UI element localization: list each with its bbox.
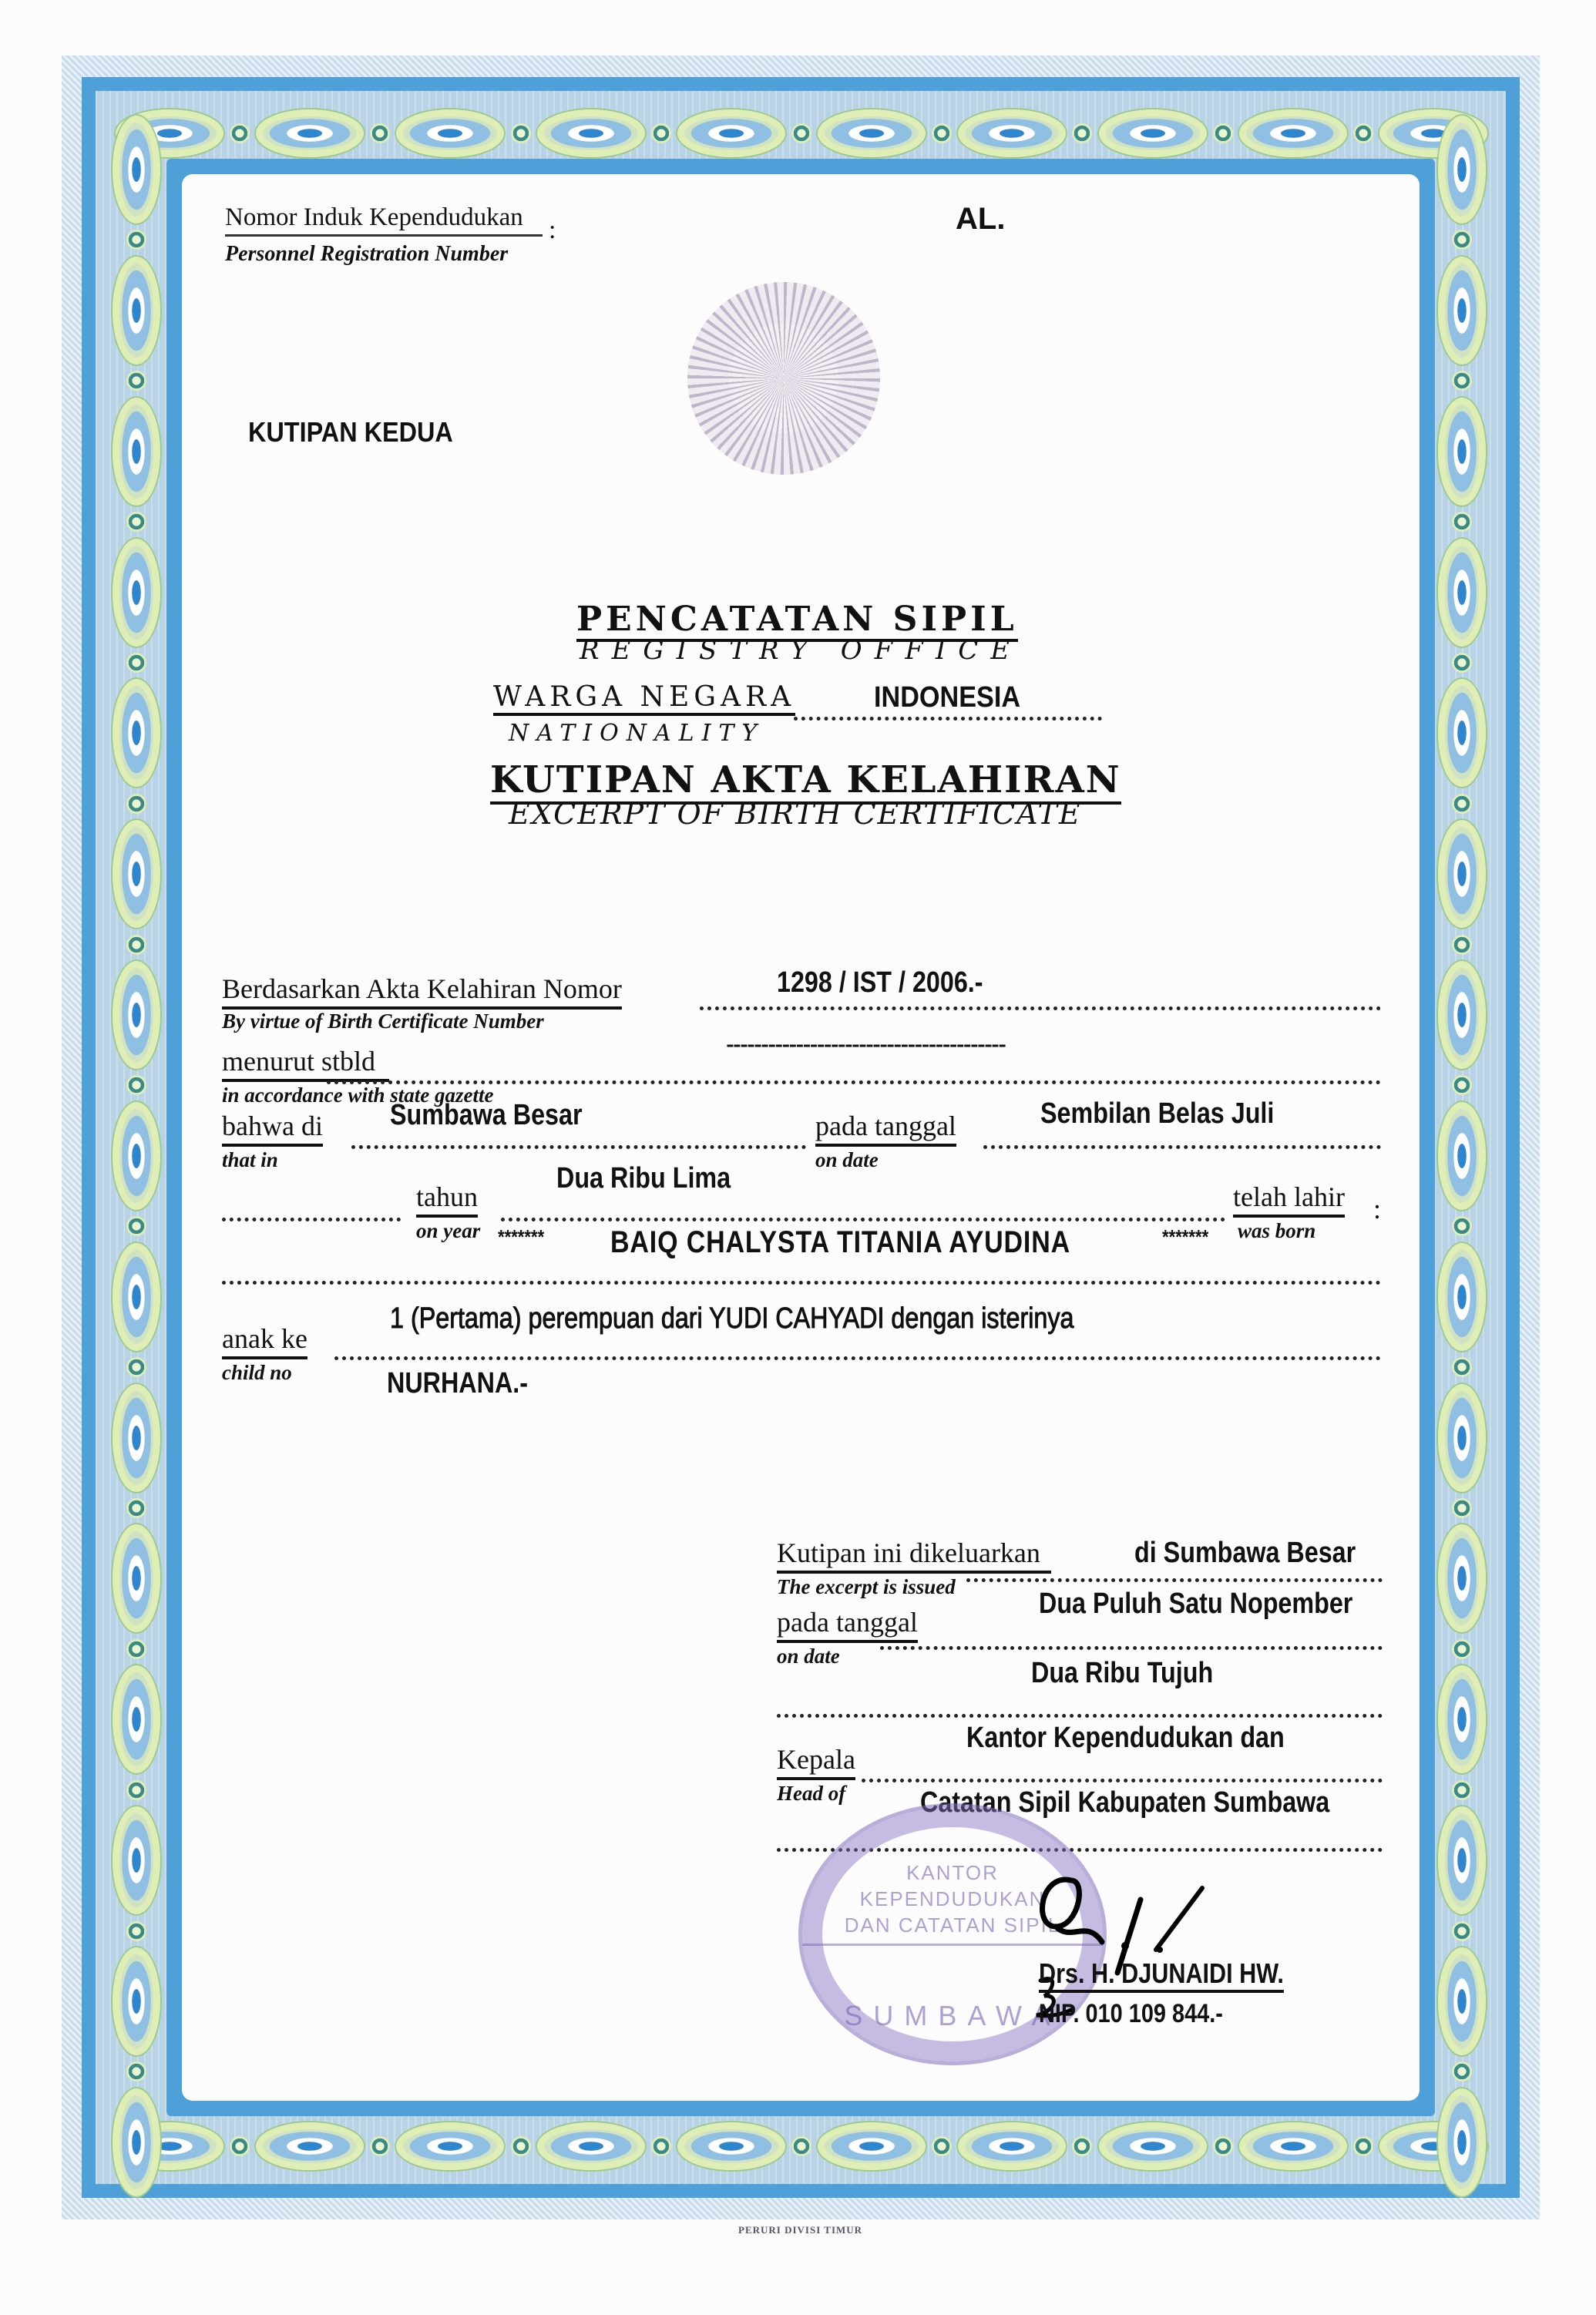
mother-name-value: NURHANA.- bbox=[387, 1367, 528, 1400]
border-ornament-icon bbox=[1438, 1806, 1486, 1914]
issue-date-dotted-line bbox=[880, 1646, 1383, 1650]
nationality-label-en: NATIONALITY bbox=[509, 720, 764, 747]
border-ornament-icon bbox=[1438, 116, 1486, 223]
border-knot-icon bbox=[370, 2136, 390, 2156]
border-knot-icon bbox=[126, 512, 146, 532]
border-ornament-icon bbox=[113, 398, 160, 506]
border-ornament-icon bbox=[1438, 1947, 1486, 2055]
border-knot-icon bbox=[126, 1357, 146, 1377]
border-knot-icon bbox=[1452, 230, 1472, 250]
border-knot-icon bbox=[1452, 1921, 1472, 1941]
border-ornament-icon bbox=[113, 539, 160, 647]
border-knot-icon bbox=[791, 123, 811, 143]
copy-label: KUTIPAN KEDUA bbox=[248, 416, 453, 449]
border-knot-icon bbox=[1452, 1639, 1472, 1659]
printer-imprint: PERURI DIVISI TIMUR bbox=[738, 2224, 862, 2236]
border-knot-icon bbox=[511, 123, 531, 143]
border-knot-icon bbox=[1452, 2061, 1472, 2081]
border-ornament-icon bbox=[113, 1947, 160, 2055]
border-knot-icon bbox=[932, 2136, 952, 2156]
border-knot-icon bbox=[791, 2136, 811, 2156]
issued-label: Kutipan ini dikeluarkan bbox=[777, 1537, 1051, 1574]
border-knot-icon bbox=[1213, 123, 1233, 143]
border-knot-icon bbox=[126, 1216, 146, 1236]
birth-year-value: Dua Ribu Lima bbox=[556, 1162, 731, 1195]
ornament-row-bottom bbox=[116, 2112, 1487, 2181]
office-title-en: REGISTRY OFFICE bbox=[580, 635, 1022, 666]
border-ornament-icon bbox=[396, 109, 504, 157]
border-knot-icon bbox=[1452, 1780, 1472, 1800]
border-ornament-icon bbox=[113, 961, 160, 1069]
issued-place-value: di Sumbawa Besar bbox=[1134, 1537, 1356, 1570]
issue-year-dotted-line bbox=[777, 1714, 1383, 1718]
office-line1-value: Kantor Kependudukan dan bbox=[966, 1722, 1285, 1755]
border-knot-icon bbox=[126, 1639, 146, 1659]
border-knot-icon bbox=[1452, 653, 1472, 673]
border-knot-icon bbox=[126, 1921, 146, 1941]
child-name-value: BAIQ CHALYSTA TITANIA AYUDINA bbox=[610, 1225, 1070, 1260]
border-knot-icon bbox=[1452, 1498, 1472, 1518]
child-no-label-en: child no bbox=[222, 1361, 292, 1385]
border-knot-icon bbox=[1452, 794, 1472, 814]
border-knot-icon bbox=[1452, 1216, 1472, 1236]
stbld-dotted-line bbox=[327, 1080, 1381, 1084]
head-label-en: Head of bbox=[777, 1782, 845, 1806]
border-ornament-icon bbox=[1239, 109, 1347, 157]
birth-place-dotted-line bbox=[351, 1145, 806, 1149]
document-title-en: EXCERPT OF BIRTH CERTIFICATE bbox=[509, 797, 1082, 831]
hologram-seal-icon bbox=[687, 282, 880, 475]
stbld-label: menurut stbld bbox=[222, 1045, 389, 1082]
border-knot-icon bbox=[230, 2136, 250, 2156]
year-leading-dotted-line bbox=[222, 1218, 401, 1221]
ornament-row-top bbox=[116, 99, 1487, 168]
official-nip: NIP. 010 109 844.- bbox=[1039, 1999, 1223, 2029]
stbld-value: ---------------------------------------- bbox=[726, 1028, 1005, 1061]
border-ornament-icon bbox=[113, 2088, 160, 2196]
border-ornament-icon bbox=[1438, 679, 1486, 787]
border-ornament-icon bbox=[396, 2122, 504, 2170]
border-ornament-icon bbox=[1099, 109, 1207, 157]
birth-place-value: Sumbawa Besar bbox=[390, 1099, 583, 1132]
border-knot-icon bbox=[1452, 935, 1472, 955]
border-ornament-icon bbox=[256, 2122, 364, 2170]
child-no-dotted-line bbox=[334, 1356, 1381, 1360]
border-knot-icon bbox=[126, 230, 146, 250]
child-name-prefix: ******* bbox=[498, 1225, 544, 1249]
birth-place-label-en: that in bbox=[222, 1148, 278, 1172]
nationality-label: WARGA NEGARA bbox=[493, 681, 795, 716]
border-ornament-icon bbox=[1438, 2088, 1486, 2196]
birth-year-label: tahun bbox=[416, 1181, 478, 1218]
border-knot-icon bbox=[1452, 1357, 1472, 1377]
ornament-row-right bbox=[1427, 116, 1497, 2196]
border-ornament-icon bbox=[1438, 820, 1486, 928]
border-knot-icon bbox=[126, 1075, 146, 1095]
head-label: Kepala bbox=[777, 1743, 855, 1780]
border-knot-icon bbox=[1452, 1075, 1472, 1095]
child-no-label: anak ke bbox=[222, 1322, 307, 1359]
nationality-dotted-line bbox=[794, 717, 1102, 721]
border-knot-icon bbox=[230, 123, 250, 143]
issue-date-value-line2: Dua Ribu Tujuh bbox=[1031, 1657, 1213, 1690]
border-ornament-icon bbox=[958, 2122, 1066, 2170]
border-ornament-icon bbox=[1438, 1524, 1486, 1632]
border-ornament-icon bbox=[1438, 1384, 1486, 1492]
border-ornament-icon bbox=[1438, 1665, 1486, 1773]
border-knot-icon bbox=[1072, 123, 1092, 143]
border-knot-icon bbox=[1452, 371, 1472, 391]
child-order-parents-value: 1 (Pertama) perempuan dari YUDI CAHYADI … bbox=[390, 1302, 1074, 1336]
cert-number-label: Berdasarkan Akta Kelahiran Nomor bbox=[222, 973, 622, 1010]
born-separator: : bbox=[1373, 1193, 1381, 1225]
official-name: Drs. H. DJUNAIDI HW. bbox=[1039, 1957, 1284, 1993]
ornament-row-left bbox=[102, 116, 171, 2196]
border-ornament-icon bbox=[113, 1243, 160, 1351]
nik-label-en: Personnel Registration Number bbox=[225, 242, 508, 267]
child-name-suffix: ******* bbox=[1162, 1225, 1208, 1249]
birth-date-dotted-line bbox=[983, 1145, 1381, 1149]
border-knot-icon bbox=[1353, 123, 1373, 143]
border-knot-icon bbox=[651, 2136, 671, 2156]
border-ornament-icon bbox=[113, 1384, 160, 1492]
birth-year-dotted-line bbox=[501, 1218, 1225, 1221]
border-ornament-icon bbox=[537, 109, 645, 157]
issue-date-label: pada tanggal bbox=[777, 1606, 918, 1643]
border-ornament-icon bbox=[113, 257, 160, 365]
border-knot-icon bbox=[126, 1780, 146, 1800]
child-name-dotted-line bbox=[222, 1281, 1381, 1285]
border-ornament-icon bbox=[113, 116, 160, 223]
border-knot-icon bbox=[126, 371, 146, 391]
birth-year-label-en: on year bbox=[416, 1219, 480, 1243]
border-knot-icon bbox=[126, 794, 146, 814]
border-ornament-icon bbox=[113, 1665, 160, 1773]
border-knot-icon bbox=[126, 1498, 146, 1518]
border-ornament-icon bbox=[818, 2122, 926, 2170]
issue-date-value-line1: Dua Puluh Satu Nopember bbox=[1039, 1588, 1352, 1621]
border-ornament-icon bbox=[113, 1806, 160, 1914]
birth-date-label-en: on date bbox=[815, 1148, 879, 1172]
border-ornament-icon bbox=[113, 1524, 160, 1632]
border-knot-icon bbox=[126, 2061, 146, 2081]
issued-label-en: The excerpt is issued bbox=[777, 1575, 956, 1599]
border-knot-icon bbox=[126, 935, 146, 955]
cert-number-dotted-line bbox=[700, 1006, 1381, 1010]
border-ornament-icon bbox=[677, 109, 785, 157]
born-label: telah lahir bbox=[1233, 1181, 1345, 1218]
border-knot-icon bbox=[370, 123, 390, 143]
border-knot-icon bbox=[1213, 2136, 1233, 2156]
border-knot-icon bbox=[511, 2136, 531, 2156]
border-ornament-icon bbox=[113, 820, 160, 928]
border-ornament-icon bbox=[677, 2122, 785, 2170]
nik-separator: : bbox=[549, 216, 556, 245]
nationality-value: INDONESIA bbox=[874, 681, 1020, 714]
issued-place-dotted-line bbox=[966, 1578, 1383, 1582]
border-ornament-icon bbox=[1438, 257, 1486, 365]
birth-date-value: Sembilan Belas Juli bbox=[1040, 1097, 1274, 1131]
border-ornament-icon bbox=[1438, 398, 1486, 506]
border-ornament-icon bbox=[537, 2122, 645, 2170]
nik-label: Nomor Induk Kependudukan bbox=[225, 203, 523, 232]
cert-number-value: 1298 / IST / 2006.- bbox=[777, 966, 983, 1000]
border-ornament-icon bbox=[1239, 2122, 1347, 2170]
border-ornament-icon bbox=[1099, 2122, 1207, 2170]
border-ornament-icon bbox=[1438, 1243, 1486, 1351]
border-ornament-icon bbox=[1438, 539, 1486, 647]
birth-date-label: pada tanggal bbox=[815, 1110, 956, 1147]
born-label-en: was born bbox=[1238, 1219, 1315, 1243]
nik-underline bbox=[225, 234, 543, 237]
head-dotted-line bbox=[862, 1779, 1383, 1782]
border-knot-icon bbox=[126, 653, 146, 673]
border-ornament-icon bbox=[113, 1102, 160, 1210]
border-knot-icon bbox=[1452, 512, 1472, 532]
issue-date-label-en: on date bbox=[777, 1645, 840, 1668]
border-knot-icon bbox=[1353, 2136, 1373, 2156]
border-ornament-icon bbox=[256, 109, 364, 157]
cert-number-label-en: By virtue of Birth Certificate Number bbox=[222, 1010, 544, 1033]
border-ornament-icon bbox=[113, 679, 160, 787]
border-knot-icon bbox=[651, 123, 671, 143]
border-ornament-icon bbox=[1438, 961, 1486, 1069]
signature-icon bbox=[1025, 1865, 1256, 2019]
border-knot-icon bbox=[1072, 2136, 1092, 2156]
border-ornament-icon bbox=[818, 109, 926, 157]
birth-place-label: bahwa di bbox=[222, 1110, 323, 1147]
nik-value: AL. bbox=[956, 202, 1005, 237]
border-ornament-icon bbox=[958, 109, 1066, 157]
border-knot-icon bbox=[932, 123, 952, 143]
border-ornament-icon bbox=[1438, 1102, 1486, 1210]
